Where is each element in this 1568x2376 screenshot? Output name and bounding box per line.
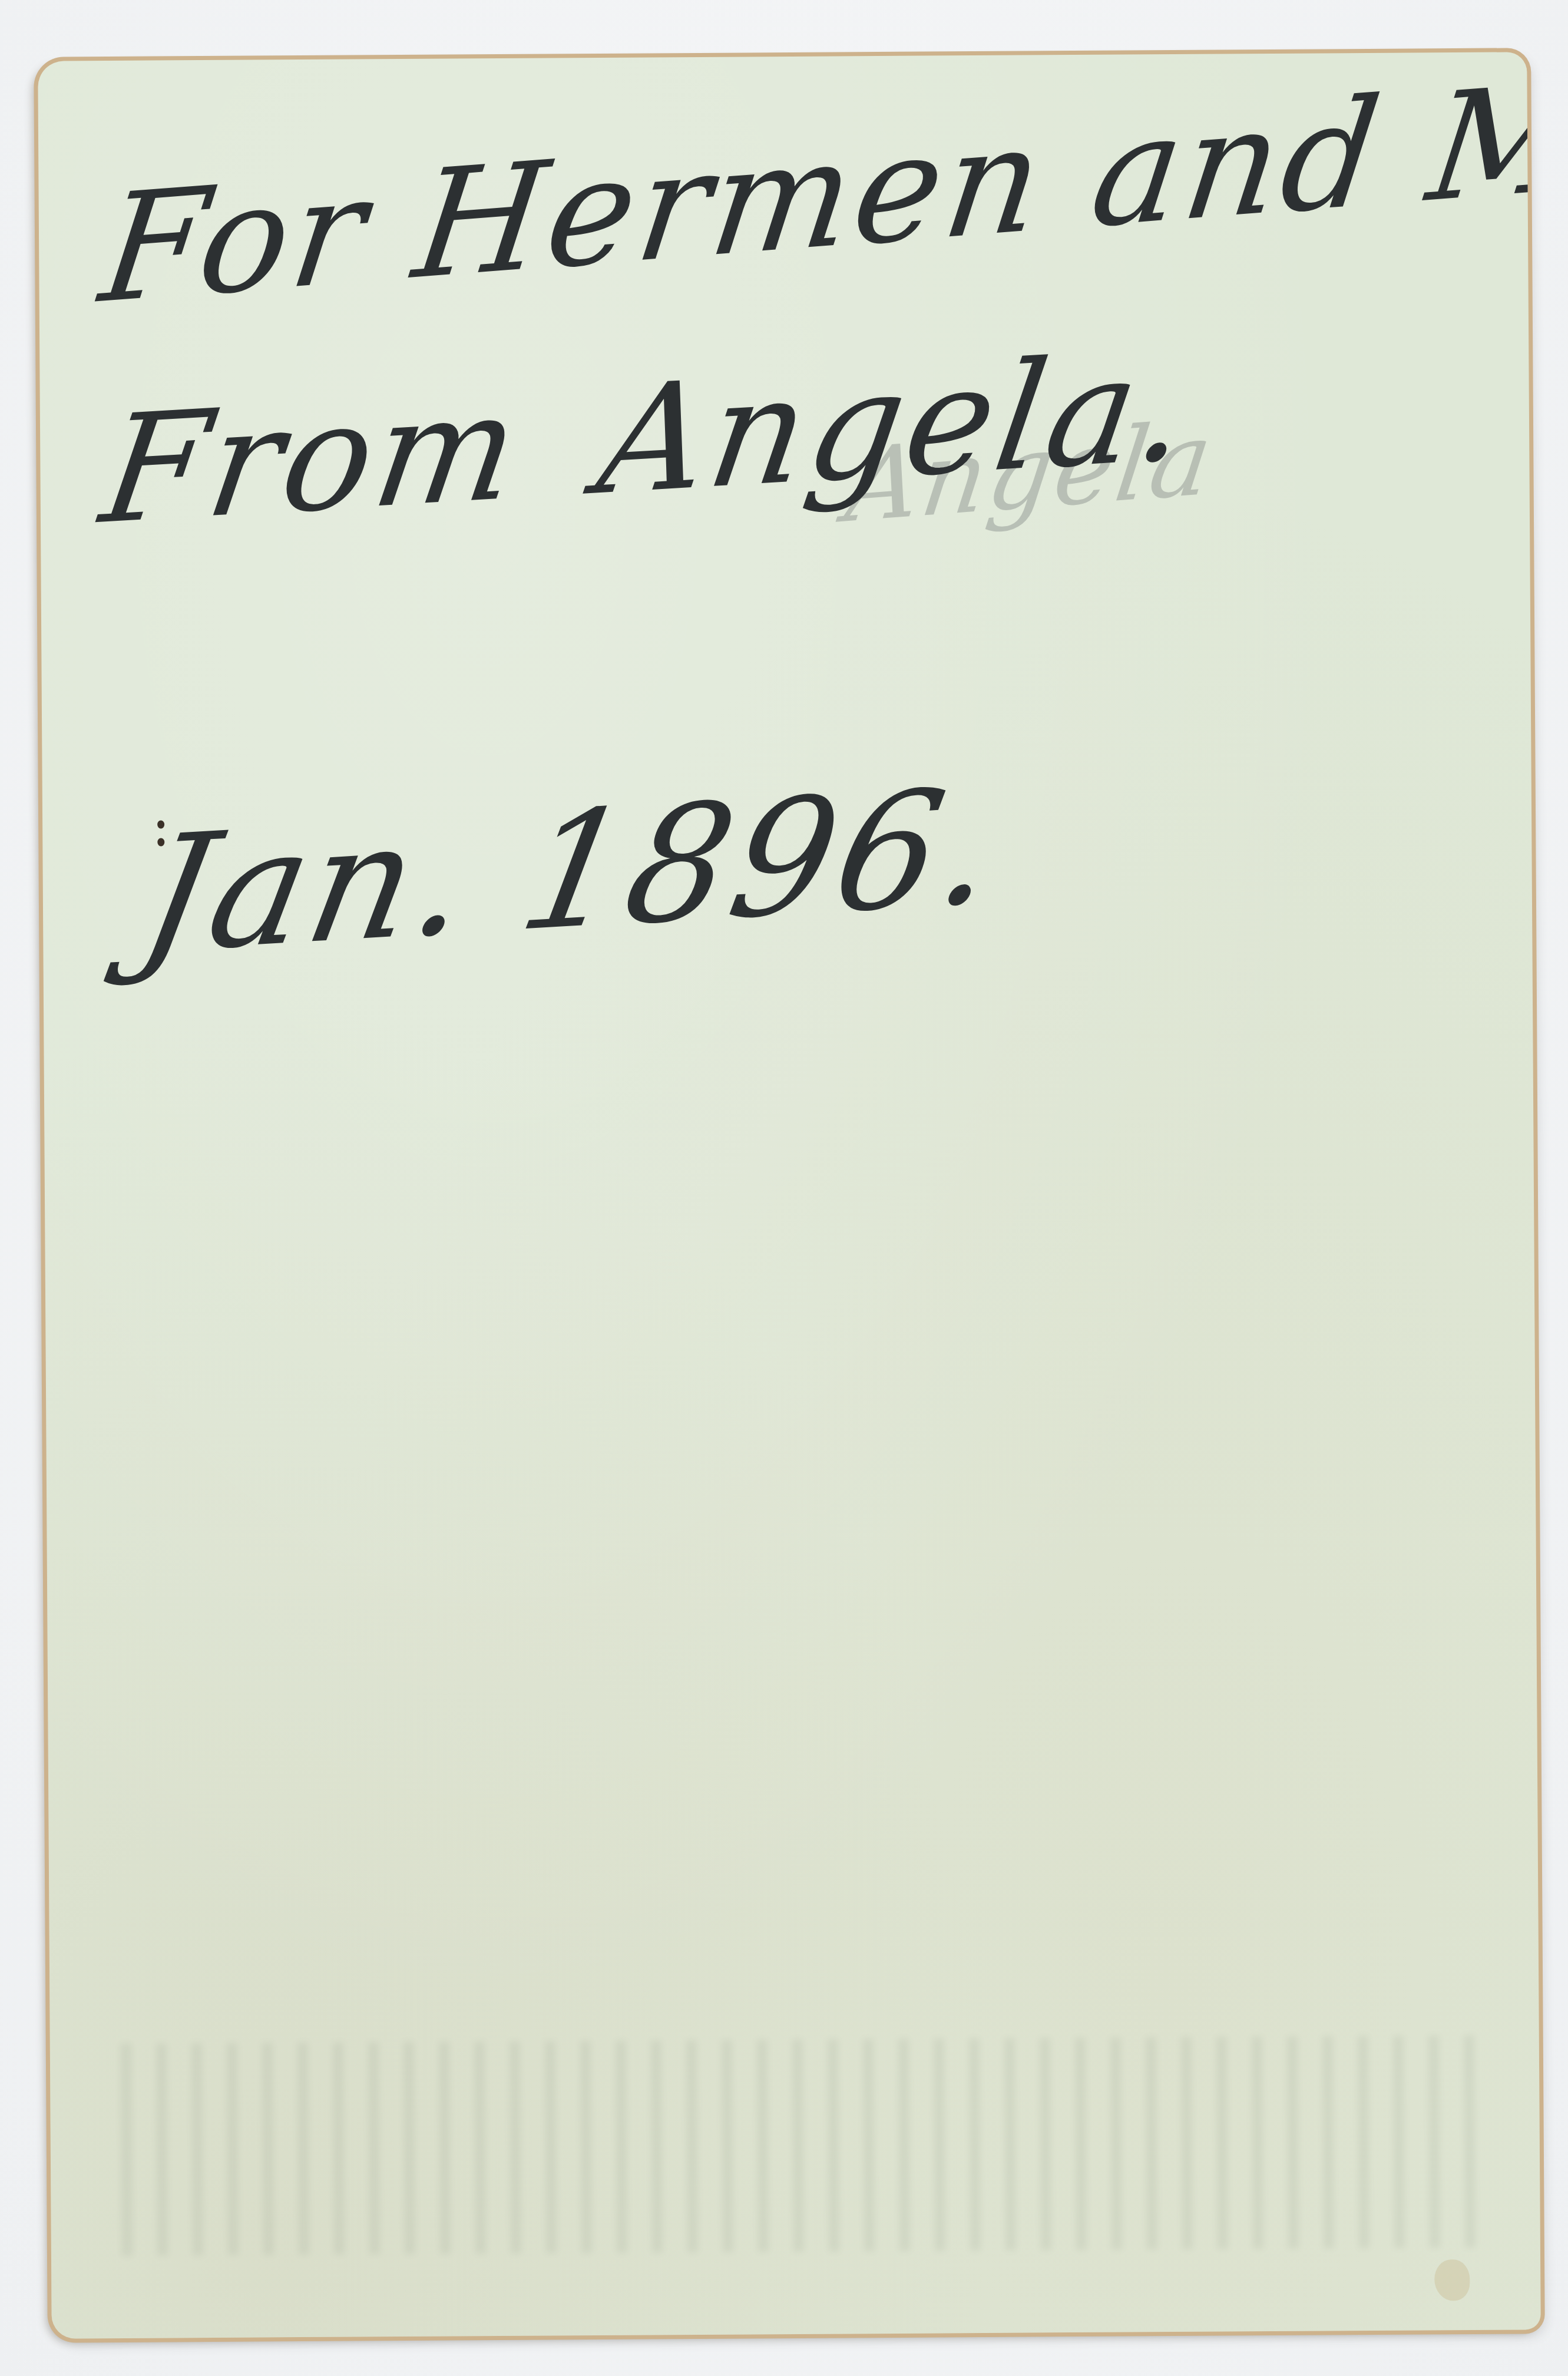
signature-angela: Angela. [588,320,1203,528]
faint-studio-imprint-showthrough [121,2035,1477,2256]
word-gap [512,493,594,498]
from-word: From [92,359,532,557]
inscription-line-dedication: For Hermen and Mary [92,52,1540,336]
stain-mark [1434,2259,1470,2301]
inscription-line-date: Jan. 1896. [128,752,1015,990]
card-back: For Hermen and Mary Angela FromAngela. J… [38,52,1541,2338]
